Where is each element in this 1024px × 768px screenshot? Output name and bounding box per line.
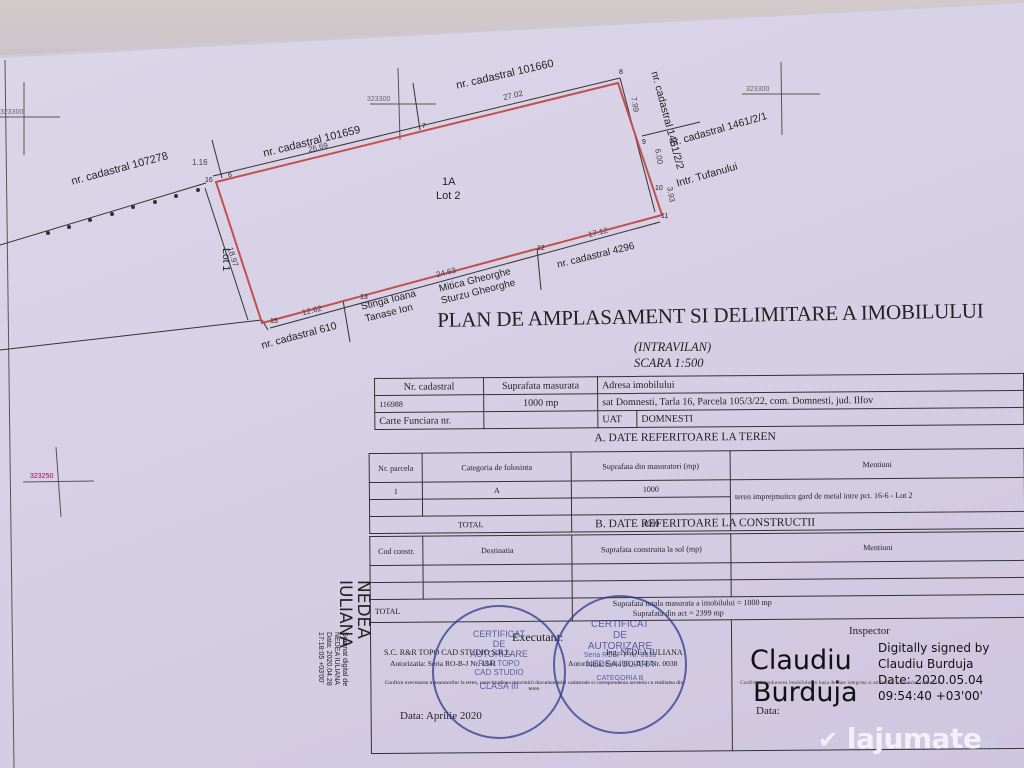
document-subtitle: (INTRAVILAN): [634, 340, 711, 355]
authorization-stamp: CERTIFICAT DE AUTORIZARE Seria RO-IF-F N…: [553, 595, 687, 734]
grid-coordinate: 323300: [0, 109, 23, 116]
header-cell: Suprafata masurata: [484, 377, 598, 395]
grid-coordinate: 323300: [746, 86, 769, 93]
inspector-signature-name: Claudiu: [750, 646, 852, 676]
inspector-date-label: Data:: [756, 705, 780, 717]
point-label: 16: [205, 177, 213, 184]
point-label: 13: [360, 294, 368, 301]
carte-funciara-label: Carte Funciara nr.: [375, 412, 484, 430]
parcel-suprafata: 1000: [571, 480, 730, 498]
authorization-stamp: CERTIFICAT DE AUTORIZARE R&R TOPO CAD ST…: [432, 605, 566, 739]
lot-label: Lot 2: [436, 190, 460, 202]
point-label: 9: [642, 139, 646, 146]
property-info-table: Nr. cadastral Suprafata masurata Adresa …: [374, 373, 1024, 430]
header-cell: Categoria de folosinta: [422, 452, 571, 482]
header-cell: Destinatia: [423, 535, 572, 565]
header-cell: Nr. cadastral: [375, 378, 484, 396]
header-cell: Cod constr.: [370, 536, 423, 565]
section-b-title: B. DATE REFERITOARE LA CONSTRUCTII: [595, 517, 815, 531]
header-cell: Mentiuni: [730, 448, 1024, 479]
point-label: 6: [228, 172, 232, 179]
digital-signature-nedea-info: Semnat digital de NEDEA IULIANA Data: 20…: [316, 632, 348, 686]
header-cell: Suprafata construita la sol (mp): [572, 534, 731, 564]
carte-funciara-value: [484, 411, 598, 429]
point-label: 7: [422, 123, 426, 130]
document-scale: SCARA 1:500: [634, 356, 704, 371]
suprafata-value: 1000 mp: [484, 394, 598, 412]
parcel-id: 1A: [442, 176, 455, 188]
parcel-nr: 1: [369, 482, 422, 499]
total-label: TOTAL: [370, 515, 572, 534]
point-label: 11: [661, 213, 668, 220]
uat-label: UAT: [598, 410, 637, 427]
header-cell: Nr. parcela: [369, 453, 422, 482]
uat-value: DOMNESTI: [637, 407, 1024, 427]
grid-coordinate: 323250: [30, 473, 53, 480]
parcel-categoria: A: [422, 481, 571, 499]
nr-cadastral-value: 116988: [375, 395, 484, 413]
handshake-icon: ✔: [818, 726, 838, 754]
parcel-mentiuni: teren imprejmuitcu gard de metal intre p…: [730, 477, 1024, 513]
header-cell: Mentiuni: [731, 531, 1024, 562]
lajumate-watermark: ✔ lajumate.ro: [818, 722, 997, 755]
point-label: 12: [537, 245, 545, 252]
inspector-confirm: Confirm introducerea imobilului in baza …: [740, 680, 939, 686]
point-label: 15: [270, 318, 278, 325]
cadastral-tables: Nr. cadastral Suprafata masurata Adresa …: [374, 373, 1024, 430]
section-a-title: A. DATE REFERITOARE LA TEREN: [594, 431, 775, 444]
grid-coordinate: 323300: [367, 96, 390, 103]
point-label: 8: [619, 69, 623, 76]
dimension: 1.16: [192, 158, 208, 167]
point-label: 10: [655, 185, 663, 192]
inspector-digital-signature: Digitally signed by Claudiu Burduja Date…: [878, 640, 990, 704]
header-cell: Suprafata din masuratori (mp): [571, 451, 730, 481]
inspector-label: Inspector: [849, 625, 890, 637]
